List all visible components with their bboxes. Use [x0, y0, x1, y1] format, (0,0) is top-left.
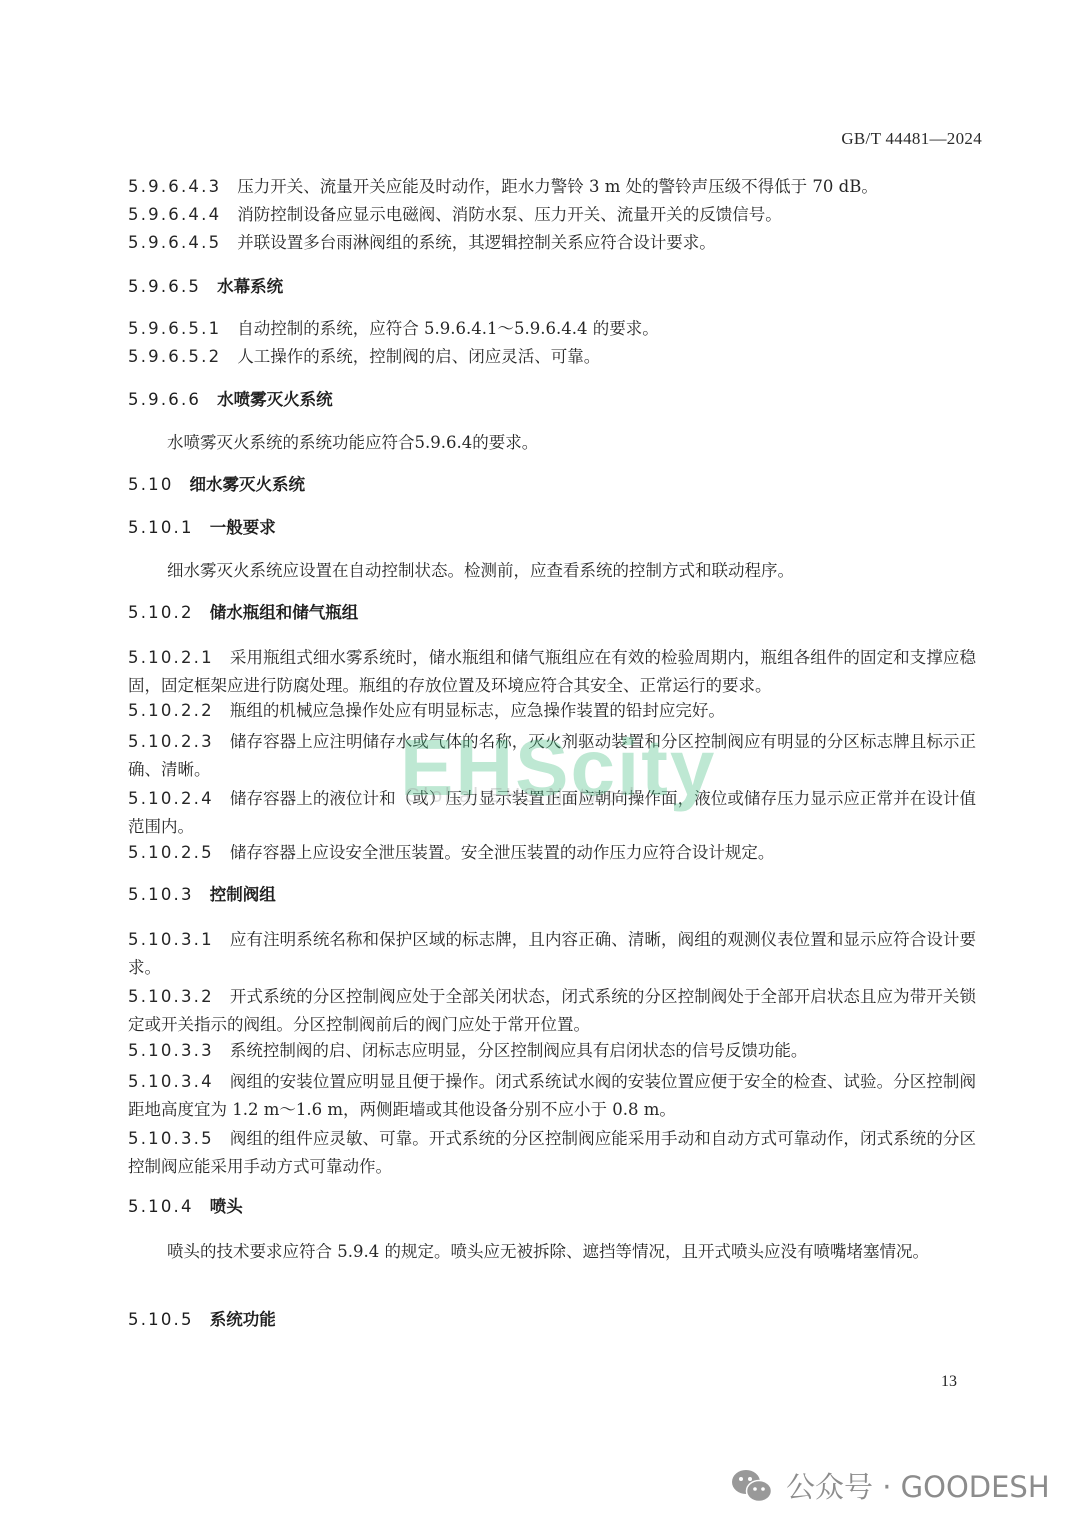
clause-text: 自动控制的系统，应符合 5.9.6.4.1～5.9.6.4.4 的要求。	[237, 319, 658, 338]
clause-5-10-2-4: 5.10.2.4储存容器上的液位计和（或）压力显示装置正面应朝向操作面，液位或储…	[128, 785, 976, 841]
clause-text: 应有注明系统名称和保护区域的标志牌，且内容正确、清晰，阀组的观测仪表位置和显示应…	[128, 930, 976, 977]
paragraph-5-10-1: 细水雾灭火系统应设置在自动控制状态。检测前，应查看系统的控制方式和联动程序。	[167, 560, 794, 582]
clause-number: 5.9.6.5.2	[128, 346, 221, 368]
clause-number: 5.9.6.4.3	[128, 176, 221, 198]
document-page: GB/T 44481—2024 5.9.6.4.3压力开关、流量开关应能及时动作…	[0, 0, 1080, 1527]
heading-5-10-3: 5.10.3控制阀组	[128, 884, 276, 906]
heading-text: 喷头	[210, 1197, 243, 1216]
clause-text: 开式系统的分区控制阀应处于全部关闭状态，闭式系统的分区控制阀处于全部开启状态且应…	[128, 987, 976, 1034]
clause-text: 并联设置多台雨淋阀组的系统，其逻辑控制关系应符合设计要求。	[237, 233, 716, 252]
clause-text: 储存容器上应设安全泄压装置。安全泄压装置的动作压力应符合设计规定。	[230, 843, 775, 862]
heading-5-9-6-6: 5.9.6.6水喷雾灭火系统	[128, 389, 333, 411]
heading-text: 水喷雾灭火系统	[217, 390, 333, 409]
heading-5-10-5: 5.10.5系统功能	[128, 1309, 276, 1331]
heading-text: 控制阀组	[210, 885, 276, 904]
footer-label: 公众号 · GOODESH	[786, 1465, 1050, 1506]
clause-5-10-3-1: 5.10.3.1应有注明系统名称和保护区域的标志牌，且内容正确、清晰，阀组的观测…	[128, 926, 976, 982]
heading-5-10: 5.10细水雾灭火系统	[128, 474, 305, 496]
clause-number: 5.9.6.5.1	[128, 318, 221, 340]
clause-5-10-3-4: 5.10.3.4阀组的安装位置应明显且便于操作。闭式系统试水阀的安装位置应便于安…	[128, 1068, 976, 1124]
heading-number: 5.9.6.5	[128, 276, 201, 298]
clause-number: 5.9.6.4.4	[128, 204, 221, 226]
clause-number: 5.10.3.5	[128, 1125, 214, 1153]
heading-number: 5.10.3	[128, 884, 194, 906]
clause-5-9-6-5-2: 5.9.6.5.2人工操作的系统，控制阀的启、闭应灵活、可靠。	[128, 346, 600, 368]
clause-text: 瓶组的机械应急操作处应有明显标志，应急操作装置的铅封应完好。	[230, 701, 725, 720]
heading-text: 系统功能	[210, 1310, 276, 1329]
standard-code: GB/T 44481—2024	[841, 129, 982, 149]
heading-5-10-2: 5.10.2储水瓶组和储气瓶组	[128, 602, 358, 624]
clause-5-10-2-2: 5.10.2.2瓶组的机械应急操作处应有明显标志，应急操作装置的铅封应完好。	[128, 700, 725, 722]
heading-5-10-1: 5.10.1一般要求	[128, 517, 276, 539]
clause-text: 消防控制设备应显示电磁阀、消防水泵、压力开关、流量开关的反馈信号。	[237, 205, 782, 224]
heading-5-9-6-5: 5.9.6.5水幕系统	[128, 276, 283, 298]
heading-number: 5.10.5	[128, 1309, 194, 1331]
heading-number: 5.10	[128, 474, 174, 496]
paragraph-text: 细水雾灭火系统应设置在自动控制状态。检测前，应查看系统的控制方式和联动程序。	[167, 561, 794, 580]
clause-number: 5.10.2.4	[128, 785, 214, 813]
clause-5-9-6-5-1: 5.9.6.5.1自动控制的系统，应符合 5.9.6.4.1～5.9.6.4.4…	[128, 318, 659, 340]
clause-5-9-6-4-3: 5.9.6.4.3压力开关、流量开关应能及时动作，距水力警铃 3 m 处的警铃声…	[128, 176, 878, 198]
clause-number: 5.10.2.2	[128, 700, 214, 722]
clause-text: 储存容器上应注明储存水或气体的名称，灭火剂驱动装置和分区控制阀应有明显的分区标志…	[128, 732, 976, 779]
clause-number: 5.10.3.2	[128, 983, 214, 1011]
clause-number: 5.9.6.4.5	[128, 232, 221, 254]
clause-number: 5.10.3.3	[128, 1040, 214, 1062]
wechat-footer: 公众号 · GOODESH	[730, 1465, 1050, 1506]
clause-number: 5.10.3.1	[128, 926, 214, 954]
wechat-icon	[730, 1468, 774, 1504]
clause-5-10-3-2: 5.10.3.2开式系统的分区控制阀应处于全部关闭状态，闭式系统的分区控制阀处于…	[128, 983, 976, 1039]
clause-number: 5.10.2.5	[128, 842, 214, 864]
clause-number: 5.10.3.4	[128, 1068, 214, 1096]
paragraph-text: 水喷雾灭火系统的系统功能应符合5.9.6.4的要求。	[167, 433, 538, 452]
clause-5-9-6-4-5: 5.9.6.4.5并联设置多台雨淋阀组的系统，其逻辑控制关系应符合设计要求。	[128, 232, 716, 254]
clause-5-10-3-3: 5.10.3.3系统控制阀的启、闭标志应明显，分区控制阀应具有启闭状态的信号反馈…	[128, 1040, 807, 1062]
heading-text: 细水雾灭火系统	[190, 475, 306, 494]
clause-number: 5.10.2.1	[128, 644, 214, 672]
page-number: 13	[941, 1373, 957, 1391]
clause-text: 采用瓶组式细水雾系统时，储水瓶组和储气瓶组应在有效的检验周期内，瓶组各组件的固定…	[128, 648, 976, 695]
paragraph-5-10-4: 喷头的技术要求应符合 5.9.4 的规定。喷头应无被拆除、遮挡等情况，且开式喷头…	[128, 1238, 976, 1266]
heading-number: 5.10.2	[128, 602, 194, 624]
clause-text: 阀组的安装位置应明显且便于操作。闭式系统试水阀的安装位置应便于安全的检查、试验。…	[128, 1072, 976, 1119]
clause-5-10-2-5: 5.10.2.5储存容器上应设安全泄压装置。安全泄压装置的动作压力应符合设计规定…	[128, 842, 774, 864]
clause-text: 储存容器上的液位计和（或）压力显示装置正面应朝向操作面，液位或储存压力显示应正常…	[128, 789, 976, 836]
clause-5-10-2-1: 5.10.2.1采用瓶组式细水雾系统时，储水瓶组和储气瓶组应在有效的检验周期内，…	[128, 644, 976, 700]
heading-number: 5.10.4	[128, 1196, 194, 1218]
heading-5-10-4: 5.10.4喷头	[128, 1196, 243, 1218]
heading-text: 储水瓶组和储气瓶组	[210, 603, 359, 622]
heading-number: 5.9.6.6	[128, 389, 201, 411]
heading-number: 5.10.1	[128, 517, 194, 539]
clause-text: 压力开关、流量开关应能及时动作，距水力警铃 3 m 处的警铃声压级不得低于 70…	[237, 177, 878, 196]
clause-text: 阀组的组件应灵敏、可靠。开式系统的分区控制阀应能采用手动和自动方式可靠动作，闭式…	[128, 1129, 976, 1176]
heading-text: 水幕系统	[217, 277, 283, 296]
clause-text: 人工操作的系统，控制阀的启、闭应灵活、可靠。	[237, 347, 600, 366]
clause-text: 系统控制阀的启、闭标志应明显，分区控制阀应具有启闭状态的信号反馈功能。	[230, 1041, 808, 1060]
clause-number: 5.10.2.3	[128, 728, 214, 756]
heading-text: 一般要求	[210, 518, 276, 537]
paragraph-5-9-6-6: 水喷雾灭火系统的系统功能应符合5.9.6.4的要求。	[167, 432, 538, 454]
paragraph-text: 喷头的技术要求应符合 5.9.4 的规定。喷头应无被拆除、遮挡等情况，且开式喷头…	[167, 1242, 929, 1261]
clause-5-9-6-4-4: 5.9.6.4.4消防控制设备应显示电磁阀、消防水泵、压力开关、流量开关的反馈信…	[128, 204, 782, 226]
clause-5-10-3-5: 5.10.3.5阀组的组件应灵敏、可靠。开式系统的分区控制阀应能采用手动和自动方…	[128, 1125, 976, 1181]
clause-5-10-2-3: 5.10.2.3储存容器上应注明储存水或气体的名称，灭火剂驱动装置和分区控制阀应…	[128, 728, 976, 784]
